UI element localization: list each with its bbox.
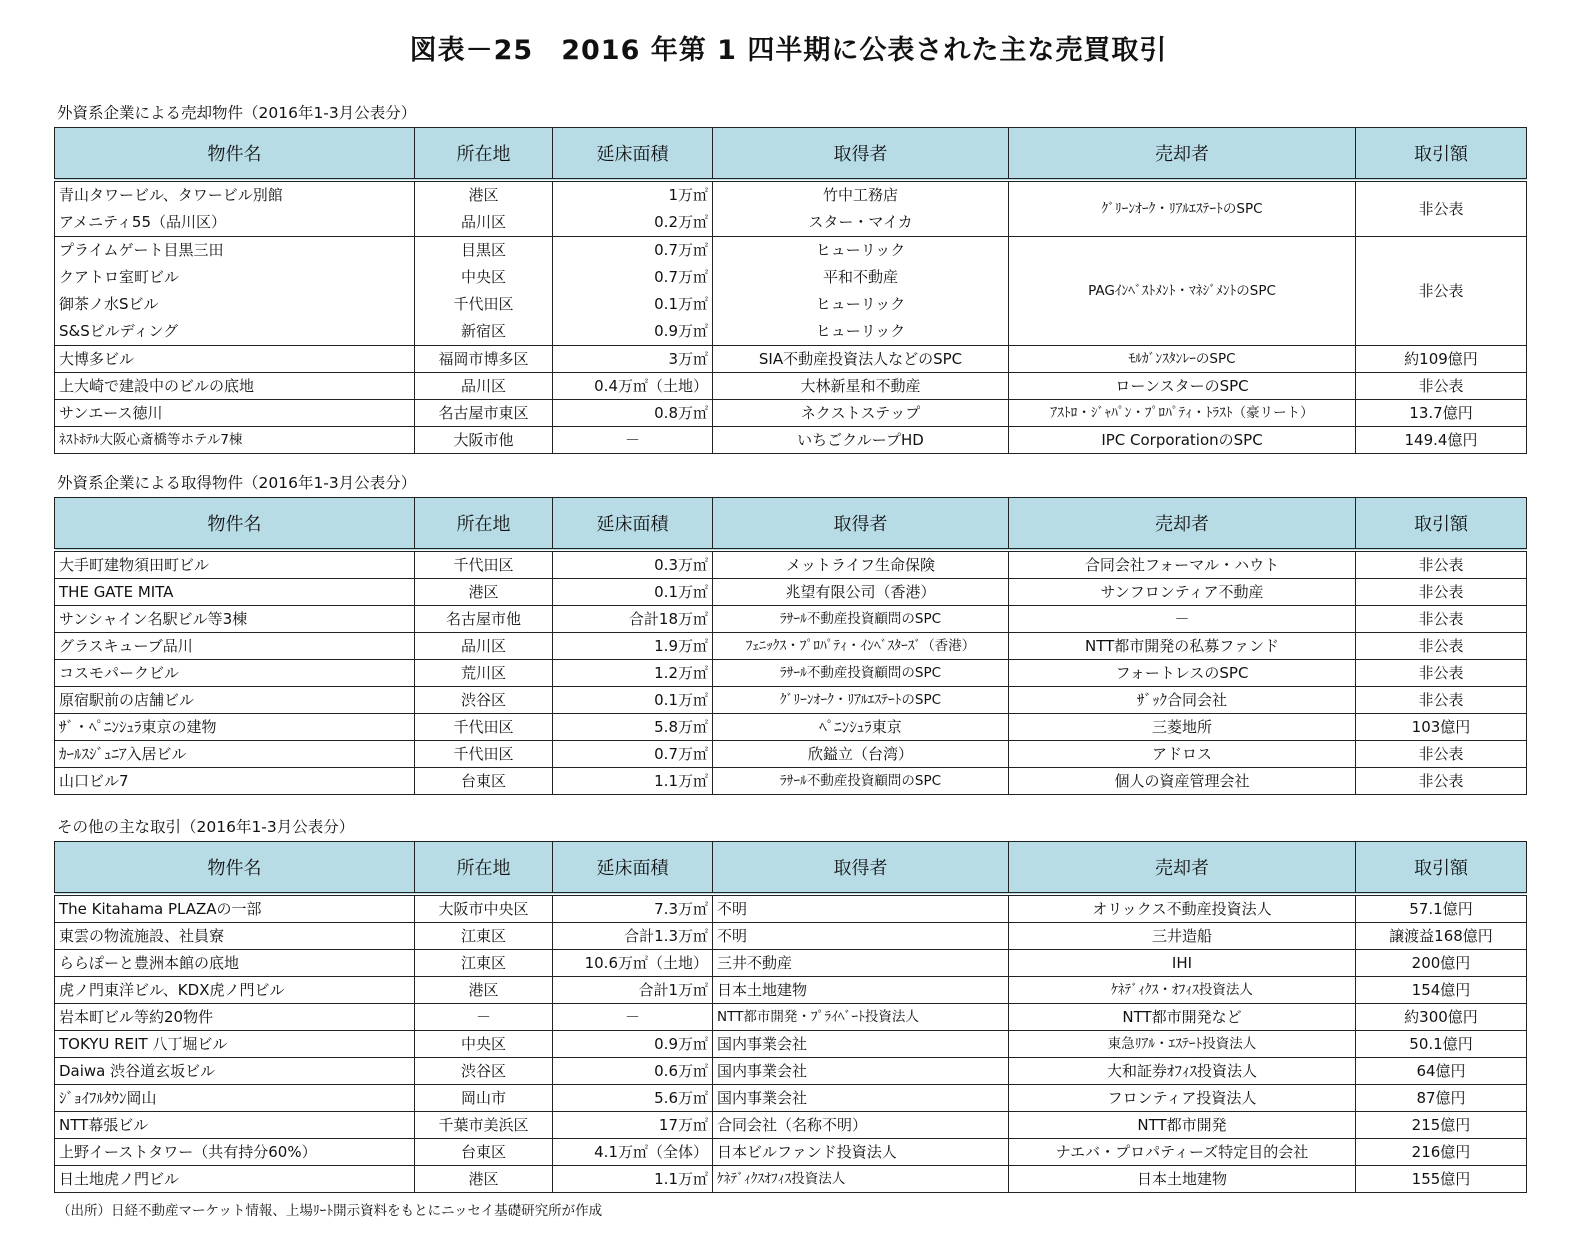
cell-location: 岡山市 (415, 1085, 553, 1112)
cell-amount: 57.1億円 (1356, 894, 1527, 923)
cell-location: 渋谷区 (415, 687, 553, 714)
table-row-group: 青山タワービル、タワービル別館 アメニティ55（品川区） 港区 品川区 1万㎡ … (55, 180, 1527, 237)
cell-property: 原宿駅前の店舗ビル (55, 687, 415, 714)
section-label-foreign-acquisitions: 外資系企業による取得物件（2016年1-3月公表分） (57, 471, 416, 493)
table-header-row: 物件名 所在地 延床面積 取得者 売却者 取引額 (55, 128, 1527, 181)
cell-amount: 非公表 (1356, 550, 1527, 579)
cell-buyer: 国内事業会社 (713, 1058, 1009, 1085)
cell-amount: 200億円 (1356, 950, 1527, 977)
cell-location: 名古屋市他 (415, 606, 553, 633)
cell-property: 上大崎で建設中のビルの底地 (55, 373, 415, 400)
cell-location: － (415, 1004, 553, 1031)
cell-location: 品川区 (415, 373, 553, 400)
table-row: Daiwa 渋谷道玄坂ビル 渋谷区 0.6万㎡ 国内事業会社 大和証券ｵﾌｨｽ投… (55, 1058, 1527, 1085)
cell-location: 中央区 (415, 1031, 553, 1058)
cell-amount: 50.1億円 (1356, 1031, 1527, 1058)
section-label-foreign-sales: 外資系企業による売却物件（2016年1-3月公表分） (57, 101, 416, 123)
cell-amount: 非公表 (1356, 633, 1527, 660)
table-header-row: 物件名 所在地 延床面積 取得者 売却者 取引額 (55, 498, 1527, 551)
cell-amount: 非公表 (1356, 606, 1527, 633)
table-row: ｻﾞ・ﾍﾟﾆﾝｼｭﾗ東京の建物 千代田区 5.8万㎡ ﾍﾟﾆﾝｼｭﾗ東京 三菱地… (55, 714, 1527, 741)
cell-location: 荒川区 (415, 660, 553, 687)
cell-floor-area: 0.1万㎡ (553, 579, 713, 606)
cell-property: ｶｰﾙｽｼﾞｭﾆｱ入居ビル (55, 741, 415, 768)
cell-buyer: 三井不動産 (713, 950, 1009, 977)
table-row: 上野イーストタワー（共有持分60%） 台東区 4.1万㎡（全体） 日本ビルファン… (55, 1139, 1527, 1166)
cell-amount: 非公表 (1356, 687, 1527, 714)
table-row: サンエース徳川 名古屋市東区 0.8万㎡ ネクストステップ ｱｽﾄﾛ・ｼﾞｬﾊﾟ… (55, 400, 1527, 427)
cell-floor-area: 1.2万㎡ (553, 660, 713, 687)
table-other-deals: 物件名 所在地 延床面積 取得者 売却者 取引額 The Kitahama PL… (54, 841, 1527, 1193)
col-header-floor-area: 延床面積 (553, 498, 713, 551)
cell-property: ｼﾞｮｲﾌﾙﾀｳﾝ岡山 (55, 1085, 415, 1112)
cell-floor-area: 5.6万㎡ (553, 1085, 713, 1112)
cell-floor-area: 0.7万㎡ (553, 741, 713, 768)
cell-floor-area: 合計1.3万㎡ (553, 923, 713, 950)
cell-buyer: ｹﾈﾃﾞｨｸｽｵﾌｨｽ投資法人 (713, 1166, 1009, 1193)
cell-location: 江東区 (415, 950, 553, 977)
document-title: 図表－25 2016 年第 1 四半期に公表された主な売買取引 (0, 28, 1577, 67)
col-header-amount: 取引額 (1356, 128, 1527, 181)
col-header-seller: 売却者 (1009, 128, 1356, 181)
cell-floor-area: 10.6万㎡（土地） (553, 950, 713, 977)
cell-buyer: 不明 (713, 894, 1009, 923)
col-header-buyer: 取得者 (713, 842, 1009, 895)
cell-floor-area: 5.8万㎡ (553, 714, 713, 741)
cell-location: 千代田区 (415, 714, 553, 741)
cell-buyer: 不明 (713, 923, 1009, 950)
cell-property: 大博多ビル (55, 346, 415, 373)
cell-location: 渋谷区 (415, 1058, 553, 1085)
col-header-buyer: 取得者 (713, 498, 1009, 551)
cell-floor-area: 0.4万㎡（土地） (553, 373, 713, 400)
cell-floor-area: 1.1万㎡ (553, 768, 713, 795)
table-row: TOKYU REIT 八丁堀ビル 中央区 0.9万㎡ 国内事業会社 東急ﾘｱﾙ・… (55, 1031, 1527, 1058)
cell-property: TOKYU REIT 八丁堀ビル (55, 1031, 415, 1058)
col-header-amount: 取引額 (1356, 498, 1527, 551)
cell-amount: 216億円 (1356, 1139, 1527, 1166)
col-header-floor-area: 延床面積 (553, 128, 713, 181)
cell-buyer: ヒューリック 平和不動産 ヒューリック ヒューリック (713, 237, 1009, 346)
cell-property: 青山タワービル、タワービル別館 アメニティ55（品川区） (55, 180, 415, 237)
table-row: ｶｰﾙｽｼﾞｭﾆｱ入居ビル 千代田区 0.7万㎡ 欣鎰立（台湾） アドロス 非公… (55, 741, 1527, 768)
col-header-location: 所在地 (415, 842, 553, 895)
cell-seller: ナエバ・プロパティーズ特定目的会社 (1009, 1139, 1356, 1166)
cell-seller: － (1009, 606, 1356, 633)
cell-location: 目黒区 中央区 千代田区 新宿区 (415, 237, 553, 346)
cell-floor-area: 0.7万㎡ 0.7万㎡ 0.1万㎡ 0.9万㎡ (553, 237, 713, 346)
cell-location: 福岡市博多区 (415, 346, 553, 373)
cell-property: THE GATE MITA (55, 579, 415, 606)
cell-location: 千代田区 (415, 741, 553, 768)
cell-seller: 大和証券ｵﾌｨｽ投資法人 (1009, 1058, 1356, 1085)
cell-floor-area: 0.9万㎡ (553, 1031, 713, 1058)
cell-buyer: NTT都市開発・ﾌﾟﾗｲﾍﾞｰﾄ投資法人 (713, 1004, 1009, 1031)
cell-seller: ｹﾈﾃﾞｨｸｽ・ｵﾌｨｽ投資法人 (1009, 977, 1356, 1004)
table-foreign-sales: 物件名 所在地 延床面積 取得者 売却者 取引額 青山タワービル、タワービル別館… (54, 127, 1527, 454)
table-row: 大博多ビル 福岡市博多区 3万㎡ SIA不動産投資法人などのSPC ﾓﾙｶﾞﾝｽ… (55, 346, 1527, 373)
cell-seller: ｸﾞﾘｰﾝｵｰｸ・ﾘｱﾙｴｽﾃｰﾄのSPC (1009, 180, 1356, 237)
cell-floor-area: 0.6万㎡ (553, 1058, 713, 1085)
cell-buyer: ｸﾞﾘｰﾝｵｰｸ・ﾘｱﾙｴｽﾃｰﾄのSPC (713, 687, 1009, 714)
cell-seller: フォートレスのSPC (1009, 660, 1356, 687)
table-row: サンシャイン名駅ビル等3棟 名古屋市他 合計18万㎡ ﾗｻｰﾙ不動産投資顧問のS… (55, 606, 1527, 633)
cell-property: 日土地虎ノ門ビル (55, 1166, 415, 1193)
cell-floor-area: 0.3万㎡ (553, 550, 713, 579)
cell-location: 港区 (415, 579, 553, 606)
cell-location: 台東区 (415, 768, 553, 795)
cell-amount: 64億円 (1356, 1058, 1527, 1085)
cell-location: 港区 (415, 977, 553, 1004)
cell-seller: 合同会社フォーマル・ハウト (1009, 550, 1356, 579)
col-header-seller: 売却者 (1009, 842, 1356, 895)
cell-seller: NTT都市開発など (1009, 1004, 1356, 1031)
cell-property: Daiwa 渋谷道玄坂ビル (55, 1058, 415, 1085)
cell-property: ららぽーと豊洲本館の底地 (55, 950, 415, 977)
col-header-property: 物件名 (55, 128, 415, 181)
cell-buyer: メットライフ生命保険 (713, 550, 1009, 579)
cell-amount: 103億円 (1356, 714, 1527, 741)
cell-buyer: ﾌｪﾆｯｸｽ・ﾌﾟﾛﾊﾟﾃｨ・ｲﾝﾍﾞｽﾀｰｽﾞ（香港） (713, 633, 1009, 660)
cell-property: 山口ビル7 (55, 768, 415, 795)
cell-buyer: ネクストステップ (713, 400, 1009, 427)
cell-seller: NTT都市開発の私募ファンド (1009, 633, 1356, 660)
cell-property: サンエース徳川 (55, 400, 415, 427)
table-row: 日土地虎ノ門ビル 港区 1.1万㎡ ｹﾈﾃﾞｨｸｽｵﾌｨｽ投資法人 日本土地建物… (55, 1166, 1527, 1193)
cell-amount: 155億円 (1356, 1166, 1527, 1193)
table-row: コスモパークビル 荒川区 1.2万㎡ ﾗｻｰﾙ不動産投資顧問のSPC フォートレ… (55, 660, 1527, 687)
cell-location: 港区 (415, 1166, 553, 1193)
cell-buyer: ﾗｻｰﾙ不動産投資顧問のSPC (713, 768, 1009, 795)
cell-location: 江東区 (415, 923, 553, 950)
section-label-other-deals: その他の主な取引（2016年1-3月公表分） (57, 815, 354, 837)
cell-floor-area: － (553, 427, 713, 454)
cell-buyer: ﾗｻｰﾙ不動産投資顧問のSPC (713, 606, 1009, 633)
cell-amount: 215億円 (1356, 1112, 1527, 1139)
table-row: THE GATE MITA 港区 0.1万㎡ 兆望有限公司（香港） サンフロンテ… (55, 579, 1527, 606)
cell-location: 大阪市中央区 (415, 894, 553, 923)
cell-floor-area: 0.8万㎡ (553, 400, 713, 427)
cell-property: The Kitahama PLAZAの一部 (55, 894, 415, 923)
cell-floor-area: 17万㎡ (553, 1112, 713, 1139)
cell-floor-area: 合計18万㎡ (553, 606, 713, 633)
cell-property: 虎ノ門東洋ビル、KDX虎ノ門ビル (55, 977, 415, 1004)
cell-property: サンシャイン名駅ビル等3棟 (55, 606, 415, 633)
table-row: 岩本町ビル等約20物件 － － NTT都市開発・ﾌﾟﾗｲﾍﾞｰﾄ投資法人 NTT… (55, 1004, 1527, 1031)
cell-property: 東雲の物流施設、社員寮 (55, 923, 415, 950)
cell-buyer: 合同会社（名称不明） (713, 1112, 1009, 1139)
col-header-buyer: 取得者 (713, 128, 1009, 181)
table-row-group: プライムゲート目黒三田 クアトロ室町ビル 御茶ノ水Sビル S&Sビルディング 目… (55, 237, 1527, 346)
table-row: 山口ビル7 台東区 1.1万㎡ ﾗｻｰﾙ不動産投資顧問のSPC 個人の資産管理会… (55, 768, 1527, 795)
cell-amount: 非公表 (1356, 768, 1527, 795)
cell-seller: 個人の資産管理会社 (1009, 768, 1356, 795)
cell-location: 台東区 (415, 1139, 553, 1166)
table-row: 大手町建物須田町ビル 千代田区 0.3万㎡ メットライフ生命保険 合同会社フォー… (55, 550, 1527, 579)
cell-floor-area: 3万㎡ (553, 346, 713, 373)
cell-amount: 約300億円 (1356, 1004, 1527, 1031)
cell-location: 千代田区 (415, 550, 553, 579)
cell-amount: 非公表 (1356, 180, 1527, 237)
cell-buyer: SIA不動産投資法人などのSPC (713, 346, 1009, 373)
cell-amount: 譲渡益168億円 (1356, 923, 1527, 950)
cell-amount: 約109億円 (1356, 346, 1527, 373)
table-foreign-acquisitions: 物件名 所在地 延床面積 取得者 売却者 取引額 大手町建物須田町ビル 千代田区… (54, 497, 1527, 795)
cell-property: コスモパークビル (55, 660, 415, 687)
cell-seller: IHI (1009, 950, 1356, 977)
cell-seller: IPC CorporationのSPC (1009, 427, 1356, 454)
col-header-property: 物件名 (55, 842, 415, 895)
col-header-location: 所在地 (415, 128, 553, 181)
table-row: 東雲の物流施設、社員寮 江東区 合計1.3万㎡ 不明 三井造船 譲渡益168億円 (55, 923, 1527, 950)
cell-location: 名古屋市東区 (415, 400, 553, 427)
cell-property: NTT幕張ビル (55, 1112, 415, 1139)
cell-buyer: 竹中工務店 スター・マイカ (713, 180, 1009, 237)
col-header-floor-area: 延床面積 (553, 842, 713, 895)
table-row: 上大崎で建設中のビルの底地 品川区 0.4万㎡（土地） 大林新星和不動産 ローン… (55, 373, 1527, 400)
cell-seller: サンフロンティア不動産 (1009, 579, 1356, 606)
cell-floor-area: 7.3万㎡ (553, 894, 713, 923)
cell-buyer: 大林新星和不動産 (713, 373, 1009, 400)
table-header-row: 物件名 所在地 延床面積 取得者 売却者 取引額 (55, 842, 1527, 895)
cell-seller: PAGｲﾝﾍﾞｽﾄﾒﾝﾄ・ﾏﾈｼﾞﾒﾝﾄのSPC (1009, 237, 1356, 346)
cell-seller: ﾓﾙｶﾞﾝｽﾀﾝﾚｰのSPC (1009, 346, 1356, 373)
cell-seller: オリックス不動産投資法人 (1009, 894, 1356, 923)
table-row: NTT幕張ビル 千葉市美浜区 17万㎡ 合同会社（名称不明） NTT都市開発 2… (55, 1112, 1527, 1139)
cell-buyer: いちごクループHD (713, 427, 1009, 454)
cell-seller: 三井造船 (1009, 923, 1356, 950)
cell-buyer: 国内事業会社 (713, 1085, 1009, 1112)
cell-floor-area: 1.9万㎡ (553, 633, 713, 660)
cell-property: 岩本町ビル等約20物件 (55, 1004, 415, 1031)
cell-amount: 154億円 (1356, 977, 1527, 1004)
cell-property: グラスキューブ品川 (55, 633, 415, 660)
cell-amount: 13.7億円 (1356, 400, 1527, 427)
cell-buyer: 日本ビルファンド投資法人 (713, 1139, 1009, 1166)
cell-property: 大手町建物須田町ビル (55, 550, 415, 579)
table-row: グラスキューブ品川 品川区 1.9万㎡ ﾌｪﾆｯｸｽ・ﾌﾟﾛﾊﾟﾃｨ・ｲﾝﾍﾞｽ… (55, 633, 1527, 660)
cell-seller: アドロス (1009, 741, 1356, 768)
table-row: The Kitahama PLAZAの一部 大阪市中央区 7.3万㎡ 不明 オリ… (55, 894, 1527, 923)
cell-buyer: 国内事業会社 (713, 1031, 1009, 1058)
cell-location: 港区 品川区 (415, 180, 553, 237)
cell-amount: 149.4億円 (1356, 427, 1527, 454)
cell-floor-area: 4.1万㎡（全体） (553, 1139, 713, 1166)
cell-seller: 東急ﾘｱﾙ・ｴｽﾃｰﾄ投資法人 (1009, 1031, 1356, 1058)
cell-seller: ローンスターのSPC (1009, 373, 1356, 400)
col-header-property: 物件名 (55, 498, 415, 551)
table-row: ﾈｽﾄﾎﾃﾙ大阪心斎橋等ホテル7棟 大阪市他 － いちごクループHD IPC C… (55, 427, 1527, 454)
cell-seller: フロンティア投資法人 (1009, 1085, 1356, 1112)
col-header-seller: 売却者 (1009, 498, 1356, 551)
cell-floor-area: 0.1万㎡ (553, 687, 713, 714)
table-row: ららぽーと豊洲本館の底地 江東区 10.6万㎡（土地） 三井不動産 IHI 20… (55, 950, 1527, 977)
cell-location: 千葉市美浜区 (415, 1112, 553, 1139)
cell-seller: NTT都市開発 (1009, 1112, 1356, 1139)
cell-amount: 非公表 (1356, 579, 1527, 606)
source-note: （出所）日経不動産マーケット情報、上場ﾘｰﾄ開示資料をもとにニッセイ基礎研究所が… (57, 1199, 602, 1219)
cell-buyer: ﾗｻｰﾙ不動産投資顧問のSPC (713, 660, 1009, 687)
cell-seller: 日本土地建物 (1009, 1166, 1356, 1193)
cell-floor-area: 合計1万㎡ (553, 977, 713, 1004)
cell-buyer: ﾍﾟﾆﾝｼｭﾗ東京 (713, 714, 1009, 741)
cell-buyer: 兆望有限公司（香港） (713, 579, 1009, 606)
cell-floor-area: － (553, 1004, 713, 1031)
cell-amount: 非公表 (1356, 237, 1527, 346)
cell-amount: 非公表 (1356, 741, 1527, 768)
cell-property: 上野イーストタワー（共有持分60%） (55, 1139, 415, 1166)
cell-amount: 非公表 (1356, 660, 1527, 687)
cell-amount: 非公表 (1356, 373, 1527, 400)
table-row: 虎ノ門東洋ビル、KDX虎ノ門ビル 港区 合計1万㎡ 日本土地建物 ｹﾈﾃﾞｨｸｽ… (55, 977, 1527, 1004)
cell-seller: ｻﾞｯｸ合同会社 (1009, 687, 1356, 714)
cell-property: ﾈｽﾄﾎﾃﾙ大阪心斎橋等ホテル7棟 (55, 427, 415, 454)
col-header-amount: 取引額 (1356, 842, 1527, 895)
table-row: 原宿駅前の店舗ビル 渋谷区 0.1万㎡ ｸﾞﾘｰﾝｵｰｸ・ﾘｱﾙｴｽﾃｰﾄのSP… (55, 687, 1527, 714)
cell-floor-area: 1万㎡ 0.2万㎡ (553, 180, 713, 237)
cell-seller: 三菱地所 (1009, 714, 1356, 741)
cell-buyer: 日本土地建物 (713, 977, 1009, 1004)
cell-property: プライムゲート目黒三田 クアトロ室町ビル 御茶ノ水Sビル S&Sビルディング (55, 237, 415, 346)
cell-buyer: 欣鎰立（台湾） (713, 741, 1009, 768)
cell-floor-area: 1.1万㎡ (553, 1166, 713, 1193)
cell-seller: ｱｽﾄﾛ・ｼﾞｬﾊﾟﾝ・ﾌﾟﾛﾊﾟﾃｨ・ﾄﾗｽﾄ（豪リート） (1009, 400, 1356, 427)
cell-location: 品川区 (415, 633, 553, 660)
table-row: ｼﾞｮｲﾌﾙﾀｳﾝ岡山 岡山市 5.6万㎡ 国内事業会社 フロンティア投資法人 … (55, 1085, 1527, 1112)
cell-location: 大阪市他 (415, 427, 553, 454)
cell-amount: 87億円 (1356, 1085, 1527, 1112)
col-header-location: 所在地 (415, 498, 553, 551)
cell-property: ｻﾞ・ﾍﾟﾆﾝｼｭﾗ東京の建物 (55, 714, 415, 741)
